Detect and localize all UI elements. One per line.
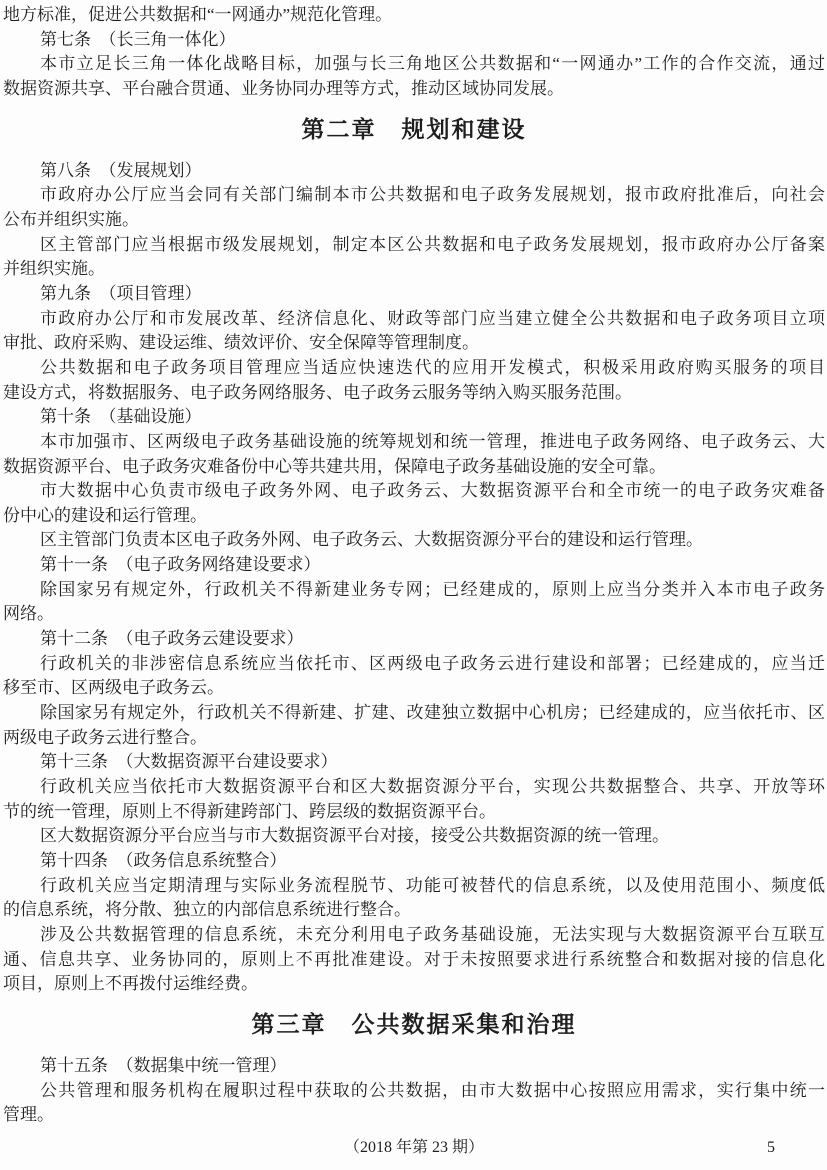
chapter-heading: 第三章 公共数据采集和治理 [3, 1010, 825, 1040]
text-line: 建设方式，将数据服务、电子政务网络服务、电子政务云服务等纳入购买服务范围。 [3, 381, 825, 406]
text-line: 的信息系统，将分散、独立的内部信息系统进行整合。 [3, 898, 825, 923]
text-line: 通、信息共享、业务协同的，原则上不再批准建设。对于未按照要求进行系统整合和数据对… [3, 948, 825, 973]
text-line: 第七条 （长三角一体化） [3, 28, 825, 53]
text-line: 行政机关应当定期清理与实际业务流程脱节、功能可被替代的信息系统，以及使用范围小、… [3, 874, 825, 899]
text-line: 两级电子政务云进行整合。 [3, 726, 825, 751]
text-line: 本市加强市、区两级电子政务基础设施的统筹规划和统一管理，推进电子政务网络、电子政… [3, 430, 825, 455]
page-number: 5 [767, 1135, 775, 1160]
text-line: 审批、政府采购、建设运维、绩效评价、安全保障等管理制度。 [3, 331, 825, 356]
text-line: 公布并组织实施。 [3, 208, 825, 233]
text-line: 公共管理和服务机构在履职过程中获取的公共数据，由市大数据中心按照应用需求，实行集… [3, 1079, 825, 1104]
text-line: 行政机关的非涉密信息系统应当依托市、区两级电子政务云进行建设和部署；已经建成的，… [3, 652, 825, 677]
text-line: 份中心的建设和运行管理。 [3, 504, 825, 529]
text-line: 节的统一管理，原则上不得新建跨部门、跨层级的数据资源平台。 [3, 800, 825, 825]
text-line: 市政府办公厅和市发展改革、经济信息化、财政等部门应当建立健全公共数据和电子政务项… [3, 307, 825, 332]
text-line: 网络。 [3, 602, 825, 627]
text-line: 第八条 （发展规划） [3, 159, 825, 184]
text-line: 项目，原则上不再拨付运维经费。 [3, 972, 825, 997]
text-line: 并组织实施。 [3, 257, 825, 282]
text-line: 数据资源平台、电子政务灾难备份中心等共建共用，保障电子政务基础设施的安全可靠。 [3, 455, 825, 480]
text-line: 第九条 （项目管理） [3, 282, 825, 307]
text-line: 第十四条 （政务信息系统整合） [3, 849, 825, 874]
page-footer: （2018 年第 23 期） 5 [3, 1135, 825, 1160]
text-line: 本市立足长三角一体化战略目标，加强与长三角地区公共数据和“一网通办”工作的合作交… [3, 52, 825, 77]
text-line: 行政机关应当依托市大数据资源平台和区大数据资源分平台，实现公共数据整合、共享、开… [3, 775, 825, 800]
text-line: 数据资源共享、平台融合贯通、业务协同办理等方式，推动区域协同发展。 [3, 77, 825, 102]
text-line: 除国家另有规定外，行政机关不得新建业务专网；已经建成的，原则上应当分类并入本市电… [3, 578, 825, 603]
document-page: 地方标准，促进公共数据和“一网通办”规范化管理。第七条 （长三角一体化）本市立足… [0, 0, 827, 1170]
text-line: 市政府办公厅应当会同有关部门编制本市公共数据和电子政务发展规划，报市政府批准后，… [3, 183, 825, 208]
text-line: 市大数据中心负责市级电子政务外网、电子政务云、大数据资源平台和全市统一的电子政务… [3, 479, 825, 504]
text-line: 涉及公共数据管理的信息系统，未充分利用电子政务基础设施，无法实现与大数据资源平台… [3, 923, 825, 948]
chapter-heading: 第二章 规划和建设 [3, 115, 825, 145]
text-line: 公共数据和电子政务项目管理应当适应快速迭代的应用开发模式，积极采用政府购买服务的… [3, 356, 825, 381]
text-line: 第十二条 （电子政务云建设要求） [3, 627, 825, 652]
footer-issue-label: （2018 年第 23 期） [344, 1139, 484, 1156]
text-line: 管理。 [3, 1103, 825, 1128]
text-line: 第十条 （基础设施） [3, 405, 825, 430]
text-line: 第十五条 （数据集中统一管理） [3, 1054, 825, 1079]
text-line: 第十三条 （大数据资源平台建设要求） [3, 750, 825, 775]
text-line: 区主管部门负责本区电子政务外网、电子政务云、大数据资源分平台的建设和运行管理。 [3, 528, 825, 553]
text-line: 除国家另有规定外，行政机关不得新建、扩建、改建独立数据中心机房；已经建成的，应当… [3, 701, 825, 726]
text-line: 区大数据资源分平台应当与市大数据资源平台对接，接受公共数据资源的统一管理。 [3, 824, 825, 849]
text-line: 移至市、区两级电子政务云。 [3, 676, 825, 701]
document-body: 地方标准，促进公共数据和“一网通办”规范化管理。第七条 （长三角一体化）本市立足… [3, 3, 825, 1128]
text-line: 第十一条 （电子政务网络建设要求） [3, 553, 825, 578]
text-line: 区主管部门应当根据市级发展规划，制定本区公共数据和电子政务发展规划，报市政府办公… [3, 233, 825, 258]
text-line: 地方标准，促进公共数据和“一网通办”规范化管理。 [3, 3, 825, 28]
